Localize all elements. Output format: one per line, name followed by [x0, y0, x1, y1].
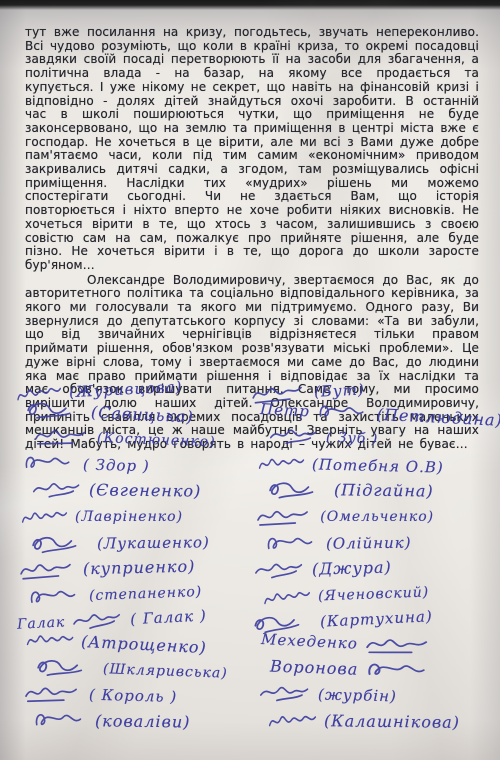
signature-name: (Савицька)	[91, 402, 195, 426]
signature-scribble-icon	[33, 709, 88, 732]
signature-row: (Підгайна)	[267, 477, 500, 506]
signatures-right-column: (Бут)Петр(Петлюдана)( Зуб )(Потебня О.В)…	[251, 376, 496, 760]
signature-name: ( Зуб )	[326, 430, 379, 448]
signature-scribble-icon	[365, 633, 434, 658]
letter-paragraph-1: тут вже посилання на кризу, погодьтесь, …	[25, 26, 479, 273]
signature-name: (Бут)	[314, 380, 365, 400]
signature-scribble-icon	[25, 398, 85, 423]
signature-name: ( Король )	[89, 686, 178, 706]
signature-name: (коваліви)	[95, 711, 191, 731]
signature-name: (Картухина)	[320, 607, 433, 630]
signature-name: ( Здор )	[83, 455, 150, 475]
signature-row: ( Король )	[24, 680, 260, 711]
signature-name: (Калашнікова)	[324, 711, 460, 732]
signature-name: (Потебня О.В)	[312, 455, 444, 476]
signature-scribble-icon	[265, 532, 319, 555]
signature-name: (журбін)	[318, 685, 397, 705]
signature-scribble-icon	[23, 452, 77, 475]
signature-scribble-icon	[34, 425, 91, 449]
signature-scribble-icon	[35, 655, 97, 679]
signature-pre-label: Воронова	[270, 656, 359, 678]
signature-scribble-icon	[365, 658, 434, 682]
signature-scribble-icon	[256, 506, 313, 528]
signature-row: (коваліви)	[33, 707, 269, 735]
signature-scribble-icon	[32, 479, 82, 502]
signature-scribble-icon	[259, 682, 312, 705]
signatures-left-column: (Журивцова)(Савицька)(Костюченко)( Здор …	[16, 376, 251, 760]
signature-scribble-icon	[268, 709, 317, 732]
signatures-block: (Журивцова)(Савицька)(Костюченко)( Здор …	[16, 376, 496, 760]
signature-name: (Джура)	[312, 558, 392, 579]
signature-scribble-icon	[19, 558, 77, 581]
signature-scribble-icon	[26, 628, 75, 652]
signature-row: (Євгененко)	[32, 477, 268, 505]
signature-name: (Євгененко)	[89, 481, 202, 501]
signature-name: (Лавріненко)	[75, 509, 183, 525]
signature-scribble-icon	[254, 559, 306, 582]
signature-row: (Калашнікова)	[268, 707, 500, 736]
signature-name: (куприенко)	[83, 557, 196, 579]
photographed-letter: тут вже посилання на кризу, погодьтесь, …	[0, 0, 500, 760]
signature-name: (Шкляривська)	[103, 661, 228, 682]
signature-row: (Лавріненко)	[21, 504, 256, 530]
signature-name: (Яченовский)	[318, 584, 430, 604]
signature-name: ( Галак )	[130, 607, 207, 629]
signature-row: (Омельченко)	[256, 504, 500, 530]
signature-name: (Костюченко)	[97, 430, 216, 450]
signature-scribble-icon	[28, 585, 83, 609]
signature-scribble-icon	[24, 682, 83, 705]
signature-scribble-icon	[317, 400, 371, 425]
signature-name: (Петлюдана)	[377, 405, 500, 430]
signature-scribble-icon	[258, 452, 306, 475]
signature-scribble-icon	[21, 506, 68, 528]
signature-name: (Омельченко)	[320, 509, 434, 525]
signature-name: (Підгайна)	[334, 481, 434, 501]
signature-scribble-icon	[267, 479, 327, 502]
signature-scribble-icon	[269, 425, 320, 449]
signature-name: (Атрощенко)	[81, 632, 208, 657]
signature-name: (Журивцова)	[69, 377, 183, 401]
signature-name: (Олійник)	[326, 533, 412, 552]
signature-pre-label: Мехеденко	[261, 630, 359, 653]
signature-name: (Лукашенко)	[97, 533, 210, 552]
signature-scribble-icon	[30, 532, 90, 555]
signature-scribble-icon	[263, 585, 312, 609]
signature-name: (степаненко)	[89, 583, 203, 603]
signature-pre-label: Петр	[260, 399, 311, 419]
